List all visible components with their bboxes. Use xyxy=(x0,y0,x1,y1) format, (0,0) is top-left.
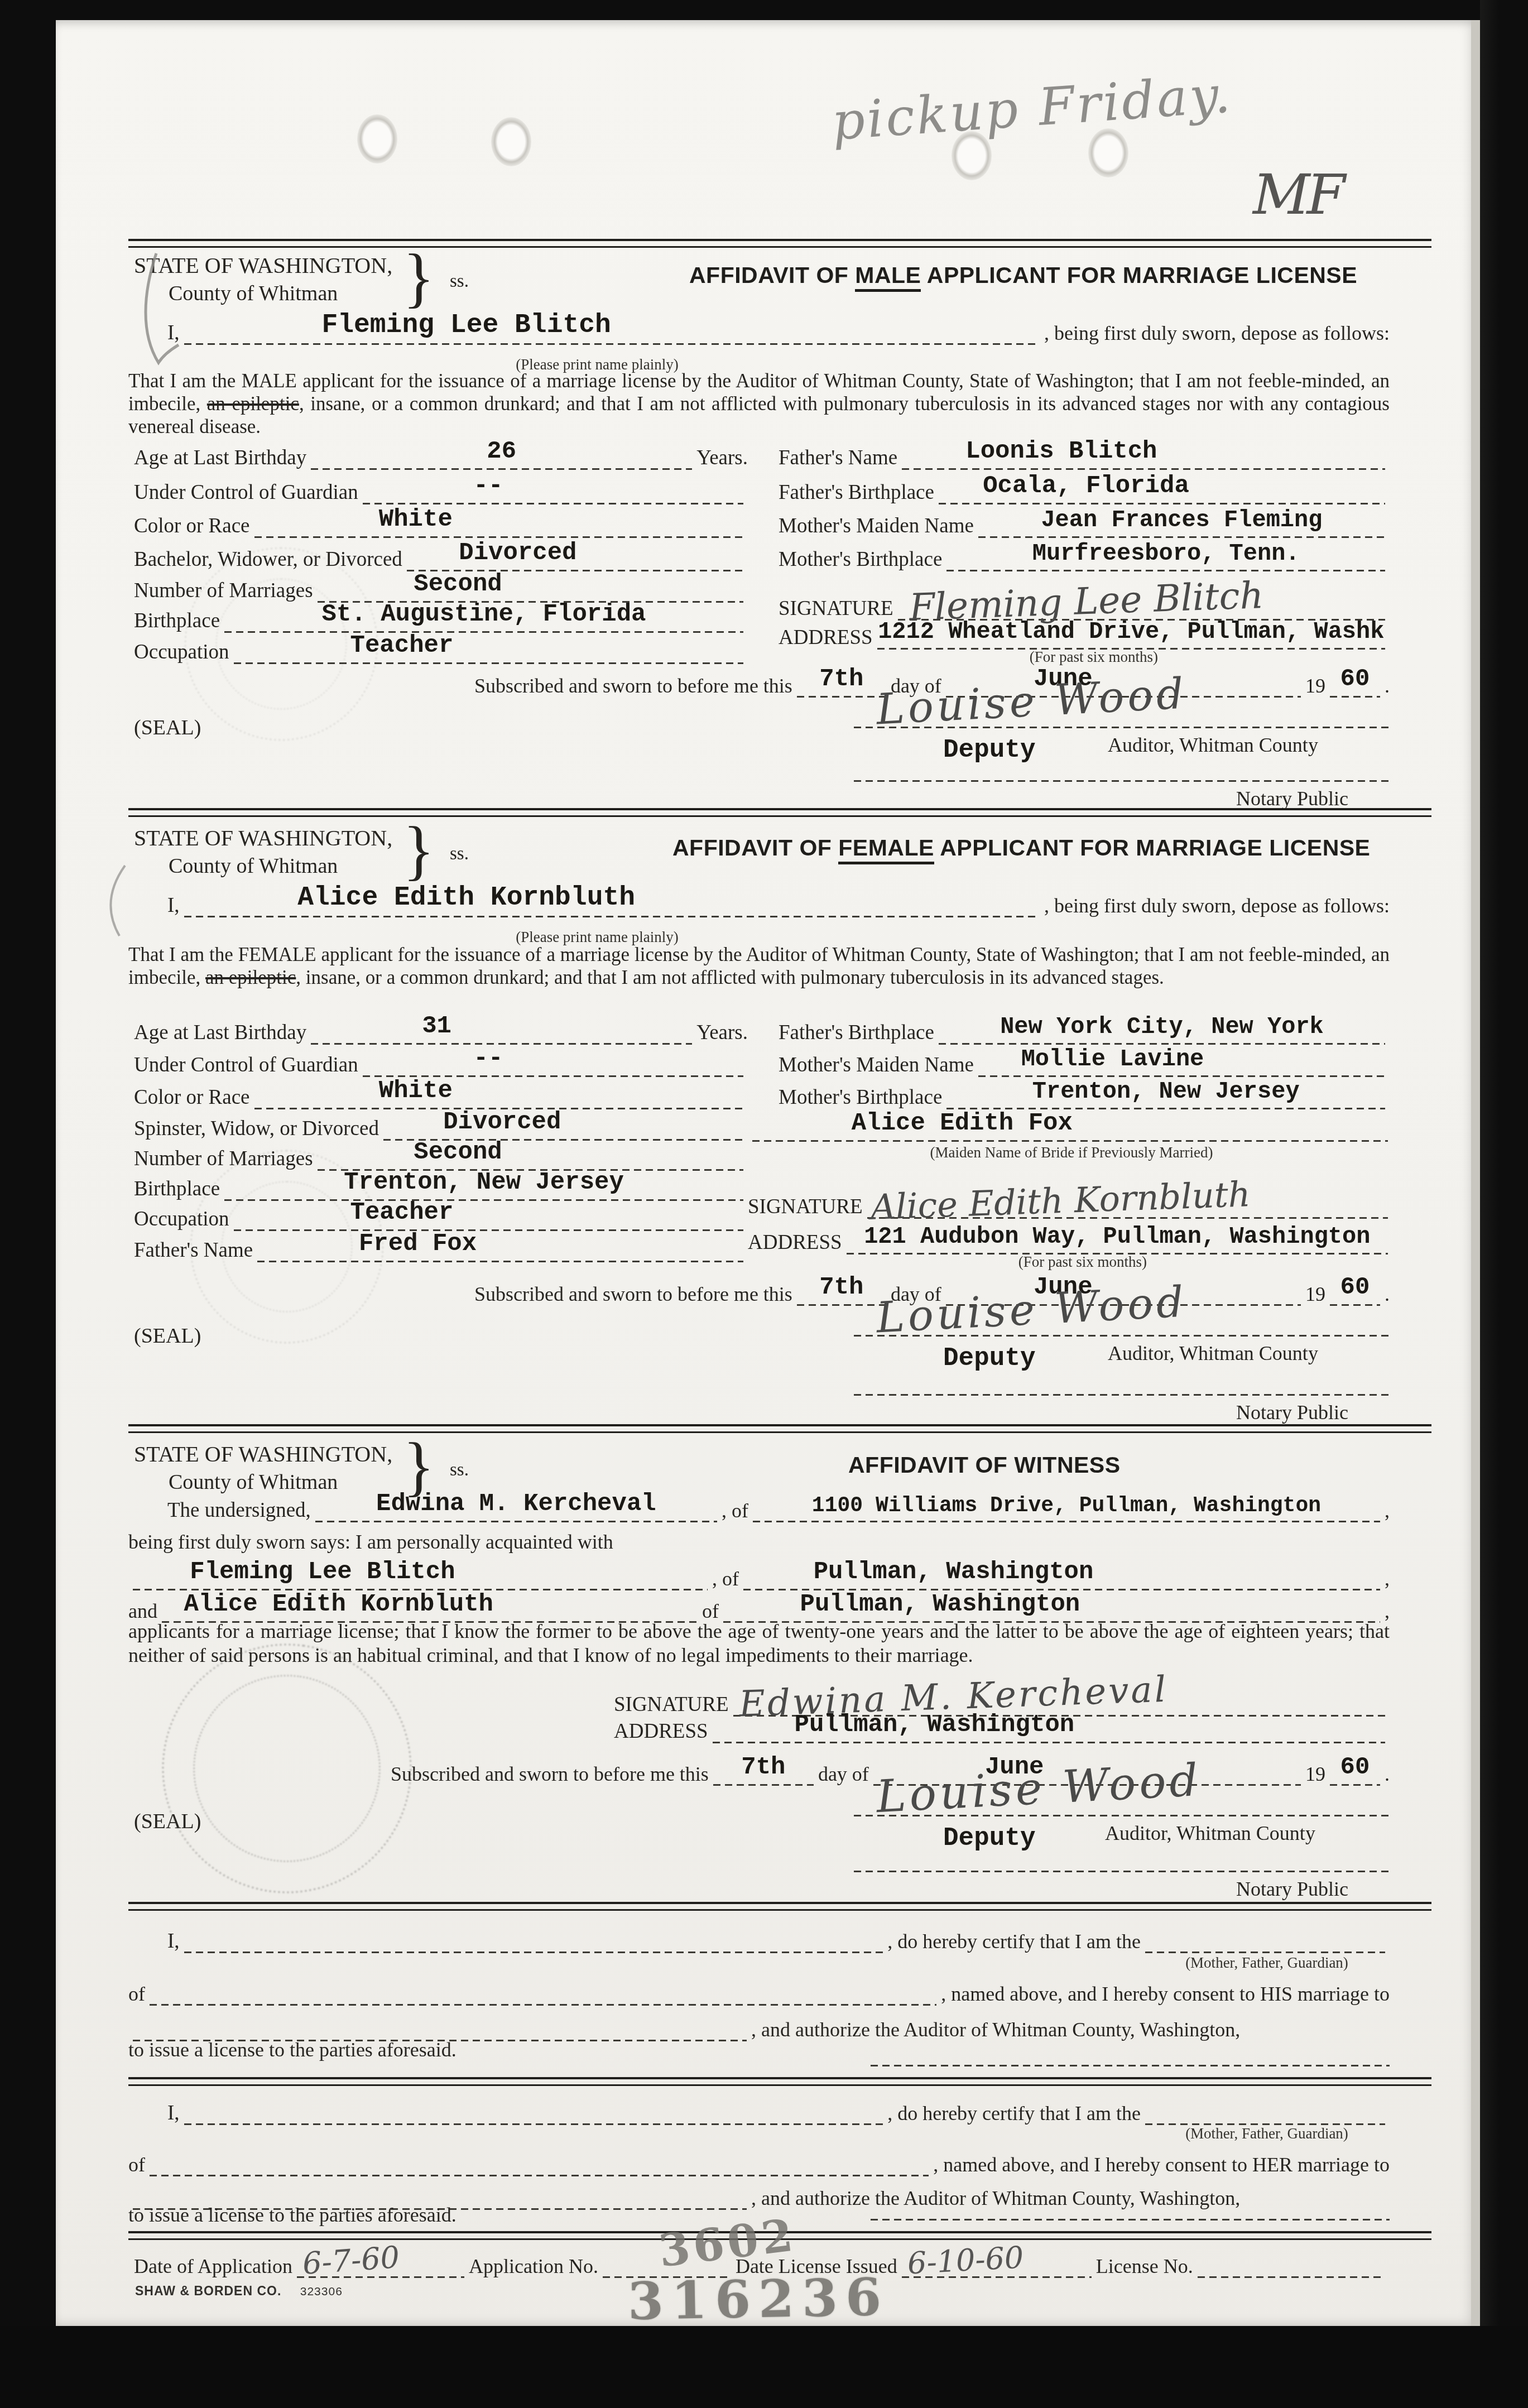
scan-edge-right xyxy=(1480,0,1528,2408)
field-father-birthplace: Father's Birthplace New York City, New Y… xyxy=(779,1016,1390,1045)
male-oath-paragraph: That I am the MALE applicant for the iss… xyxy=(128,369,1390,438)
oath-text-2: , insane, or a common drunkard; and that… xyxy=(296,967,1164,988)
consent-row-1: I, , do hereby certify that I am the xyxy=(167,2096,1390,2125)
field-label: Under Control of Guardian xyxy=(134,1053,358,1077)
page-stack-edge xyxy=(1471,20,1480,2326)
field-value: 31 xyxy=(311,1012,563,1040)
authorize-text: , and authorize the Auditor of Whitman C… xyxy=(751,2018,1240,2041)
field-value: 26 xyxy=(311,438,692,465)
notary-public-label: Notary Public xyxy=(1236,787,1348,810)
field-mother-birthplace: Mother's Birthplace Trenton, New Jersey xyxy=(779,1080,1390,1109)
struck-epileptic-text: an epileptic xyxy=(207,393,299,415)
male-name-row: I, Fleming Lee Blitch , being first duly… xyxy=(167,316,1390,345)
consent-signature-line xyxy=(871,2065,1390,2066)
notary-public-line xyxy=(854,1871,1390,1872)
field-father-name: Father's Name Loonis Blitch xyxy=(779,441,1390,470)
field-line: Second xyxy=(318,1142,743,1171)
consent-signature-line xyxy=(871,2219,1390,2220)
maiden-name-line: Alice Edith Fox xyxy=(752,1113,1388,1142)
years-suffix: Years. xyxy=(696,1021,748,1045)
oath-text-2: , insane, or a common drunkard; and that… xyxy=(128,393,1390,438)
address-value: 121 Audubon Way, Pullman, Washington xyxy=(847,1223,1388,1250)
field-marital-status: Spinster, Widow, or Divorced Divorced xyxy=(134,1112,748,1141)
field-label: Age at Last Birthday xyxy=(134,1021,306,1045)
named-text: , named above, and I hereby consent to H… xyxy=(941,1982,1390,2006)
i-label: I, xyxy=(167,2101,180,2125)
embossed-seal xyxy=(184,547,378,741)
signature-label: SIGNATURE xyxy=(748,1195,863,1219)
witness-male-row: Fleming Lee Blitch , of Pullman, Washing… xyxy=(128,1561,1390,1590)
i-label: I, xyxy=(167,893,180,917)
file-number-stamp: 316236 xyxy=(627,2267,890,2332)
issue-text: to issue a license to the parties afores… xyxy=(128,2038,457,2061)
notary-signature-line xyxy=(854,1335,1390,1337)
named-text: , named above, and I hereby consent to H… xyxy=(933,2153,1390,2176)
witness-name-row: The undersigned, Edwina M. Kercheval , o… xyxy=(167,1493,1390,1522)
address-label: ADDRESS xyxy=(614,1719,708,1743)
witness-name-line: Edwina M. Kercheval xyxy=(315,1493,717,1522)
printer-name: SHAW & BORDEN CO. xyxy=(135,2284,281,2298)
consent-row-2: of , named above, and I hereby consent t… xyxy=(128,2147,1390,2176)
field-line: White xyxy=(254,509,743,538)
day-value: 7th xyxy=(797,1273,886,1301)
county-label: County of Whitman xyxy=(169,281,338,306)
year-line: 60 xyxy=(1330,1277,1380,1306)
address-value: Pullman, Washington xyxy=(713,1711,1157,1739)
section-divider xyxy=(128,239,1431,248)
field-line: Divorced xyxy=(383,1112,743,1141)
field-value: Trenton, New Jersey xyxy=(946,1078,1385,1105)
signature-label: SIGNATURE xyxy=(779,597,893,621)
field-guardian: Under Control of Guardian -- xyxy=(134,1048,748,1077)
field-label: Father's Name xyxy=(779,446,897,470)
undersigned-label: The undersigned, xyxy=(167,1498,311,1522)
field-line: Loonis Blitch xyxy=(902,441,1385,470)
sworn-prefix: Subscribed and sworn to before me this xyxy=(474,1282,792,1306)
day-value: 7th xyxy=(713,1753,814,1781)
year-line: 60 xyxy=(1330,1757,1380,1786)
state-label: STATE OF WASHINGTON, xyxy=(134,825,392,851)
punch-hole xyxy=(1088,128,1128,177)
female-affidavit-title: AFFIDAVIT OF FEMALE APPLICANT FOR MARRIA… xyxy=(672,835,1370,861)
year-value: 60 xyxy=(1330,665,1380,693)
scan-edge-bottom xyxy=(0,2326,1528,2408)
day-of-label: day of xyxy=(818,1762,869,1786)
witness-signature-row: SIGNATURE Edwina M. Kercheval xyxy=(614,1665,1390,1717)
maiden-name-row: Alice Edith Fox xyxy=(748,1113,1392,1142)
female-applicant-name: Alice Edith Kornbluth xyxy=(184,883,749,913)
date-of-application-line: 6-7-60 xyxy=(297,2249,464,2278)
field-line: White xyxy=(254,1080,743,1109)
field-label: Mother's Birthplace xyxy=(779,547,942,571)
field-label: Mother's Maiden Name xyxy=(779,514,974,538)
comma: , xyxy=(1385,1499,1390,1522)
pencil-checkmark xyxy=(124,250,191,373)
male-affidavit-title: AFFIDAVIT OF MALE APPLICANT FOR MARRIAGE… xyxy=(689,262,1357,289)
ss-brace: } xyxy=(403,250,435,306)
ss-label: ss. xyxy=(450,844,469,864)
field-mother-birthplace: Mother's Birthplace Murfreesboro, Tenn. xyxy=(779,542,1390,571)
year-prefix: 19 xyxy=(1305,1282,1325,1306)
field-line: 26 xyxy=(311,441,692,470)
deputy-label: Deputy xyxy=(943,1824,1036,1853)
past-six-caption: (For past six months) xyxy=(926,648,1261,666)
field-label: Spinster, Widow, or Divorced xyxy=(134,1117,379,1141)
certify-text: , do hereby certify that I am the xyxy=(887,2102,1141,2125)
consent-row-1: I, , do hereby certify that I am the xyxy=(167,1924,1390,1953)
sworn-prefix: Subscribed and sworn to before me this xyxy=(391,1762,709,1786)
title-post: APPLICANT FOR MARRIAGE LICENSE xyxy=(940,835,1370,861)
field-mother-maiden: Mother's Maiden Name Mollie Lavine xyxy=(779,1048,1390,1077)
field-line: New York City, New York xyxy=(939,1016,1385,1045)
address-line: 121 Audubon Way, Pullman, Washington xyxy=(847,1225,1388,1255)
date-license-issued-handwriting: 6-10-60 xyxy=(906,2240,1024,2281)
section-divider xyxy=(128,1902,1431,1911)
female-address-row: ADDRESS 121 Audubon Way, Pullman, Washin… xyxy=(748,1225,1392,1255)
blank-child-line xyxy=(150,1977,936,2006)
title-key-underlined: MALE xyxy=(855,262,921,292)
field-line: Ocala, Florida xyxy=(939,475,1385,504)
day-line: 7th xyxy=(713,1757,814,1786)
field-value: Divorced xyxy=(407,539,629,567)
field-guardian: Under Control of Guardian -- xyxy=(134,475,748,504)
ss-brace: } xyxy=(403,1439,435,1494)
address-value: 1212 Wheatland Drive, Pullman, Washk xyxy=(877,618,1385,645)
witness-address-value: 1100 Williams Drive, Pullman, Washington xyxy=(753,1494,1380,1518)
period: . xyxy=(1385,674,1390,698)
field-age: Age at Last Birthday 31 Years. xyxy=(134,1016,748,1045)
female-city-value: Pullman, Washington xyxy=(723,1590,1157,1618)
field-value: -- xyxy=(363,1045,614,1073)
male-signature-row: SIGNATURE Fleming Lee Blitch xyxy=(779,573,1390,621)
field-label: Father's Birthplace xyxy=(779,1021,934,1045)
male-applicant-name: Fleming Lee Blitch xyxy=(184,310,749,340)
witness-affidavit-title: AFFIDAVIT OF WITNESS xyxy=(848,1452,1121,1478)
license-no-line xyxy=(1198,2249,1385,2278)
witness-address-line: 1100 Williams Drive, Pullman, Washington xyxy=(753,1493,1380,1522)
of-label: , of xyxy=(722,1499,748,1522)
state-label: STATE OF WASHINGTON, xyxy=(134,1441,392,1467)
male-city-line: Pullman, Washington xyxy=(743,1561,1380,1590)
of-label: of xyxy=(128,2153,145,2176)
field-value: Murfreesboro, Tenn. xyxy=(946,540,1385,567)
license-no-label: License No. xyxy=(1096,2255,1193,2278)
notary-public-label: Notary Public xyxy=(1236,1401,1348,1424)
auditor-label: Auditor, Whitman County xyxy=(1108,1342,1318,1365)
field-label: Under Control of Guardian xyxy=(134,480,358,504)
field-label: Father's Birthplace xyxy=(779,480,934,504)
auditor-label: Auditor, Whitman County xyxy=(1105,1821,1315,1845)
past-six-caption: (For past six months) xyxy=(915,1253,1250,1271)
comma: , xyxy=(1385,1567,1390,1590)
date-of-application-handwriting: 6-7-60 xyxy=(301,2239,401,2281)
field-line: 31 xyxy=(311,1016,692,1045)
application-no-label: Application No. xyxy=(469,2255,598,2278)
title-post: APPLICANT FOR MARRIAGE LICENSE xyxy=(927,262,1357,288)
blank-relation-line xyxy=(1145,1924,1385,1953)
male-address-row: ADDRESS 1212 Wheatland Drive, Pullman, W… xyxy=(779,621,1390,650)
signature-label: SIGNATURE xyxy=(614,1693,729,1717)
title-key-underlined: FEMALE xyxy=(838,835,934,864)
witness-name-value: Edwina M. Kercheval xyxy=(315,1490,717,1518)
period: . xyxy=(1385,1762,1390,1786)
year-value: 60 xyxy=(1330,1273,1380,1301)
female-name-line: Alice Edith Kornbluth xyxy=(184,888,1040,917)
day-line: 7th xyxy=(797,669,886,698)
county-label: County of Whitman xyxy=(169,854,338,878)
address-label: ADDRESS xyxy=(748,1231,842,1255)
consent-row-3: , and authorize the Auditor of Whitman C… xyxy=(128,2012,1390,2041)
scan-edge-left xyxy=(0,0,56,2408)
struck-epileptic-text: an epileptic xyxy=(205,967,296,988)
witness-female-row: and Alice Edith Kornbluth of Pullman, Wa… xyxy=(128,1594,1390,1623)
section-divider xyxy=(128,1424,1431,1433)
sworn-says-text: being first duly sworn says: I am person… xyxy=(128,1530,613,1554)
field-value: Divorced xyxy=(383,1108,621,1136)
notary-public-label: Notary Public xyxy=(1236,1877,1348,1901)
female-oath-paragraph: That I am the FEMALE applicant for the i… xyxy=(128,943,1390,989)
i-label: I, xyxy=(167,321,180,345)
field-line: Mollie Lavine xyxy=(978,1048,1385,1077)
field-mother-maiden: Mother's Maiden Name Jean Frances Flemin… xyxy=(779,509,1390,538)
ss-brace: } xyxy=(403,823,435,878)
period: . xyxy=(1385,1282,1390,1306)
witness-address-row: ADDRESS Pullman, Washington xyxy=(614,1714,1390,1743)
field-father-birthplace: Father's Birthplace Ocala, Florida xyxy=(779,475,1390,504)
field-value: -- xyxy=(363,472,614,500)
authorize-text: , and authorize the Auditor of Whitman C… xyxy=(751,2186,1240,2210)
years-suffix: Years. xyxy=(696,446,748,470)
notary-signature-line xyxy=(854,1815,1390,1816)
female-city-line: Pullman, Washington xyxy=(723,1594,1380,1623)
of-label: , of xyxy=(712,1567,739,1590)
field-race: Color or Race White xyxy=(134,1080,748,1109)
after-name-text: , being first duly sworn, depose as foll… xyxy=(1044,321,1390,345)
date-license-issued-line: 6-10-60 xyxy=(902,2249,1092,2278)
year-prefix: 19 xyxy=(1305,1762,1325,1786)
field-race: Color or Race White xyxy=(134,509,748,538)
field-value: New York City, New York xyxy=(939,1013,1385,1040)
seal-label: (SEAL) xyxy=(134,715,201,740)
section-divider xyxy=(128,2077,1431,2086)
blank-child-line xyxy=(150,2147,929,2176)
scanned-marriage-affidavit-page: { "notes": { "pickup": "pickup Friday.",… xyxy=(0,0,1528,2408)
ss-label: ss. xyxy=(450,1460,469,1481)
year-line: 60 xyxy=(1330,669,1380,698)
maiden-name-value: Alice Edith Fox xyxy=(752,1109,1172,1137)
title-pre: AFFIDAVIT OF xyxy=(672,835,832,861)
after-name-text: , being first duly sworn, depose as foll… xyxy=(1044,894,1390,917)
field-age: Age at Last Birthday 26 Years. xyxy=(134,441,748,470)
i-label: I, xyxy=(167,1929,180,1953)
field-line: Trenton, New Jersey xyxy=(946,1080,1385,1109)
field-label: Mother's Birthplace xyxy=(779,1085,942,1109)
field-value: Jean Frances Fleming xyxy=(978,507,1385,533)
county-label: County of Whitman xyxy=(169,1470,338,1494)
male-name-line: Fleming Lee Blitch xyxy=(133,1561,708,1590)
deputy-label: Deputy xyxy=(943,736,1036,765)
male-name-line: Fleming Lee Blitch xyxy=(184,316,1040,345)
female-name-row: I, Alice Edith Kornbluth , being first d… xyxy=(167,888,1390,917)
address-label: ADDRESS xyxy=(779,626,873,650)
field-value: Ocala, Florida xyxy=(939,472,1233,500)
certify-text: , do hereby certify that I am the xyxy=(887,1930,1141,1953)
field-value: White xyxy=(254,506,577,533)
punch-hole xyxy=(491,117,531,166)
relation-caption: (Mother, Father, Guardian) xyxy=(1138,1954,1395,1972)
field-line: Second xyxy=(318,574,743,603)
field-line: Jean Frances Fleming xyxy=(978,509,1385,538)
field-label: Color or Race xyxy=(134,1085,250,1109)
field-label: Mother's Maiden Name xyxy=(779,1053,974,1077)
punch-hole xyxy=(952,131,992,180)
blank-spouse-line xyxy=(133,2012,747,2041)
day-line: 7th xyxy=(797,1277,886,1306)
maiden-name-caption: (Maiden Name of Bride if Previously Marr… xyxy=(804,1144,1339,1161)
male-city-value: Pullman, Washington xyxy=(743,1558,1164,1586)
sworn-prefix: Subscribed and sworn to before me this xyxy=(474,674,792,698)
field-value: White xyxy=(254,1077,577,1105)
deputy-label: Deputy xyxy=(943,1344,1036,1373)
consent-row-2: of , named above, and I hereby consent t… xyxy=(128,1977,1390,2006)
section-divider xyxy=(128,808,1431,817)
issue-text: to issue a license to the parties afores… xyxy=(128,2203,457,2227)
notary-public-line xyxy=(854,1394,1390,1396)
year-value: 60 xyxy=(1330,1753,1380,1781)
of-label: of xyxy=(128,1982,145,2006)
field-line: Murfreesboro, Tenn. xyxy=(946,542,1385,571)
printer-number: 323306 xyxy=(300,2285,343,2298)
field-line: -- xyxy=(363,475,743,504)
notary-public-line xyxy=(854,780,1390,782)
ss-label: ss. xyxy=(450,271,469,292)
signature-line: Alice Edith Kornbluth xyxy=(867,1190,1388,1219)
blank-relation-line xyxy=(1145,2096,1385,2125)
field-line: Divorced xyxy=(407,542,743,571)
initials-handwriting: MF xyxy=(1253,162,1342,227)
address-line: 1212 Wheatland Drive, Pullman, Washk xyxy=(877,621,1385,650)
field-value: Loonis Blitch xyxy=(902,438,1221,465)
field-value: Second xyxy=(318,1138,599,1166)
address-line: Pullman, Washington xyxy=(713,1714,1385,1743)
blank-name-line xyxy=(184,1924,883,1953)
relation-caption: (Mother, Father, Guardian) xyxy=(1138,2125,1395,2142)
punch-hole xyxy=(357,114,397,164)
field-marriages: Number of Marriages Second xyxy=(134,1142,748,1171)
day-value: 7th xyxy=(797,665,886,693)
seal-label: (SEAL) xyxy=(134,1324,201,1348)
female-name-value: Alice Edith Kornbluth xyxy=(162,1590,516,1618)
blank-name-line xyxy=(184,2096,883,2125)
field-value: Mollie Lavine xyxy=(978,1046,1247,1073)
year-prefix: 19 xyxy=(1305,674,1325,698)
title-pre: AFFIDAVIT OF xyxy=(689,262,848,288)
female-signature-row: SIGNATURE Alice Edith Kornbluth xyxy=(748,1171,1392,1219)
female-name-line: Alice Edith Kornbluth xyxy=(162,1594,698,1623)
field-label: Age at Last Birthday xyxy=(134,446,306,470)
auditor-label: Auditor, Whitman County xyxy=(1108,733,1318,757)
field-line: -- xyxy=(363,1048,743,1077)
date-of-application-label: Date of Application xyxy=(134,2255,292,2278)
male-name-value: Fleming Lee Blitch xyxy=(133,1558,512,1586)
printer-credit: SHAW & BORDEN CO. 323306 xyxy=(135,2284,343,2299)
embossed-seal xyxy=(190,1150,384,1344)
field-label: Color or Race xyxy=(134,514,250,538)
signature-line: Fleming Lee Blitch xyxy=(898,592,1385,621)
notary-signature-line xyxy=(854,727,1390,728)
scan-edge-top xyxy=(0,0,1528,20)
pencil-mark xyxy=(99,862,138,940)
